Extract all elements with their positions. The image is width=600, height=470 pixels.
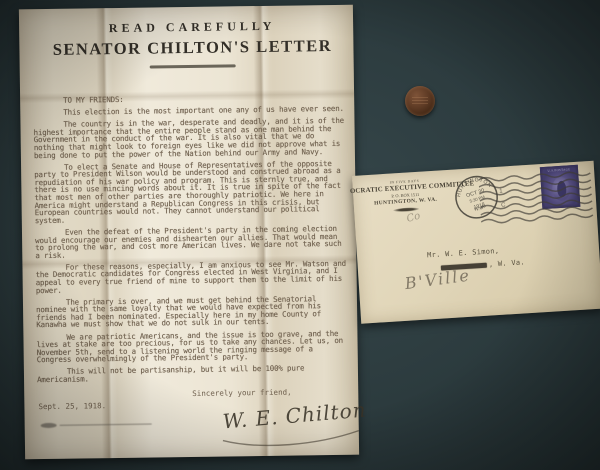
pencil-note: B'Ville xyxy=(404,266,472,294)
letter-body: TO MY FRIENDS: This election is the most… xyxy=(33,93,349,388)
wheat-penny-coin xyxy=(405,86,435,116)
signature: W. E. Chilton xyxy=(222,398,368,434)
cancel-mark-2: C xyxy=(501,202,506,208)
letter-paragraph: This election is the most important one … xyxy=(33,105,345,117)
letter-header: READ CAREFULLY SENATOR CHILTON'S LETTER xyxy=(25,5,360,71)
letter-paragraphs: This election is the most important one … xyxy=(33,105,349,384)
letter-paragraph: For these reasons, especially, I am anxi… xyxy=(35,260,347,295)
coin-detail xyxy=(412,97,428,106)
letter-paragraph: Even the defeat of the President's party… xyxy=(35,225,347,260)
photo-scene: READ CAREFULLY SENATOR CHILTON'S LETTER … xyxy=(0,0,600,470)
letter-paragraph: This will not be partisanship, but it wi… xyxy=(37,364,349,384)
pencil-scribble: Co xyxy=(406,211,422,225)
union-bug-icon xyxy=(41,423,57,428)
header-rule xyxy=(150,64,236,68)
letter-paragraph: We are patriotic Americans, and the issu… xyxy=(36,329,348,364)
envelope: IN FIVE DAYS OCRATIC EXECUTIVE COMMITTEE… xyxy=(352,161,600,324)
letter-paragraph: The country is in the war, desperate and… xyxy=(33,117,345,159)
letter-header-line2: SENATOR CHILTON'S LETTER xyxy=(25,36,359,61)
letter-document: READ CAREFULLY SENATOR CHILTON'S LETTER … xyxy=(19,5,359,460)
printer-union-label xyxy=(41,422,152,429)
address-line1: Mr. W. E. Simon, xyxy=(427,245,524,259)
return-address: IN FIVE DAYS OCRATIC EXECUTIVE COMMITTEE… xyxy=(349,176,461,215)
cancellation-lines xyxy=(478,169,597,228)
letter-salutation: TO MY FRIENDS: xyxy=(33,93,345,105)
letter-paragraph: The primary is over, and we must get beh… xyxy=(36,294,348,329)
letter-closing: Sincerely your friend, xyxy=(192,388,291,398)
letter-paragraph: To elect a Senate and House of Represent… xyxy=(34,159,347,224)
letter-date: Sept. 25, 1918. xyxy=(38,401,106,411)
address-state: , W. Va. xyxy=(489,258,526,268)
printer-line xyxy=(60,423,152,426)
letter-header-line1: READ CAREFULLY xyxy=(25,18,359,38)
cancel-mark-1: 1 xyxy=(499,189,503,195)
